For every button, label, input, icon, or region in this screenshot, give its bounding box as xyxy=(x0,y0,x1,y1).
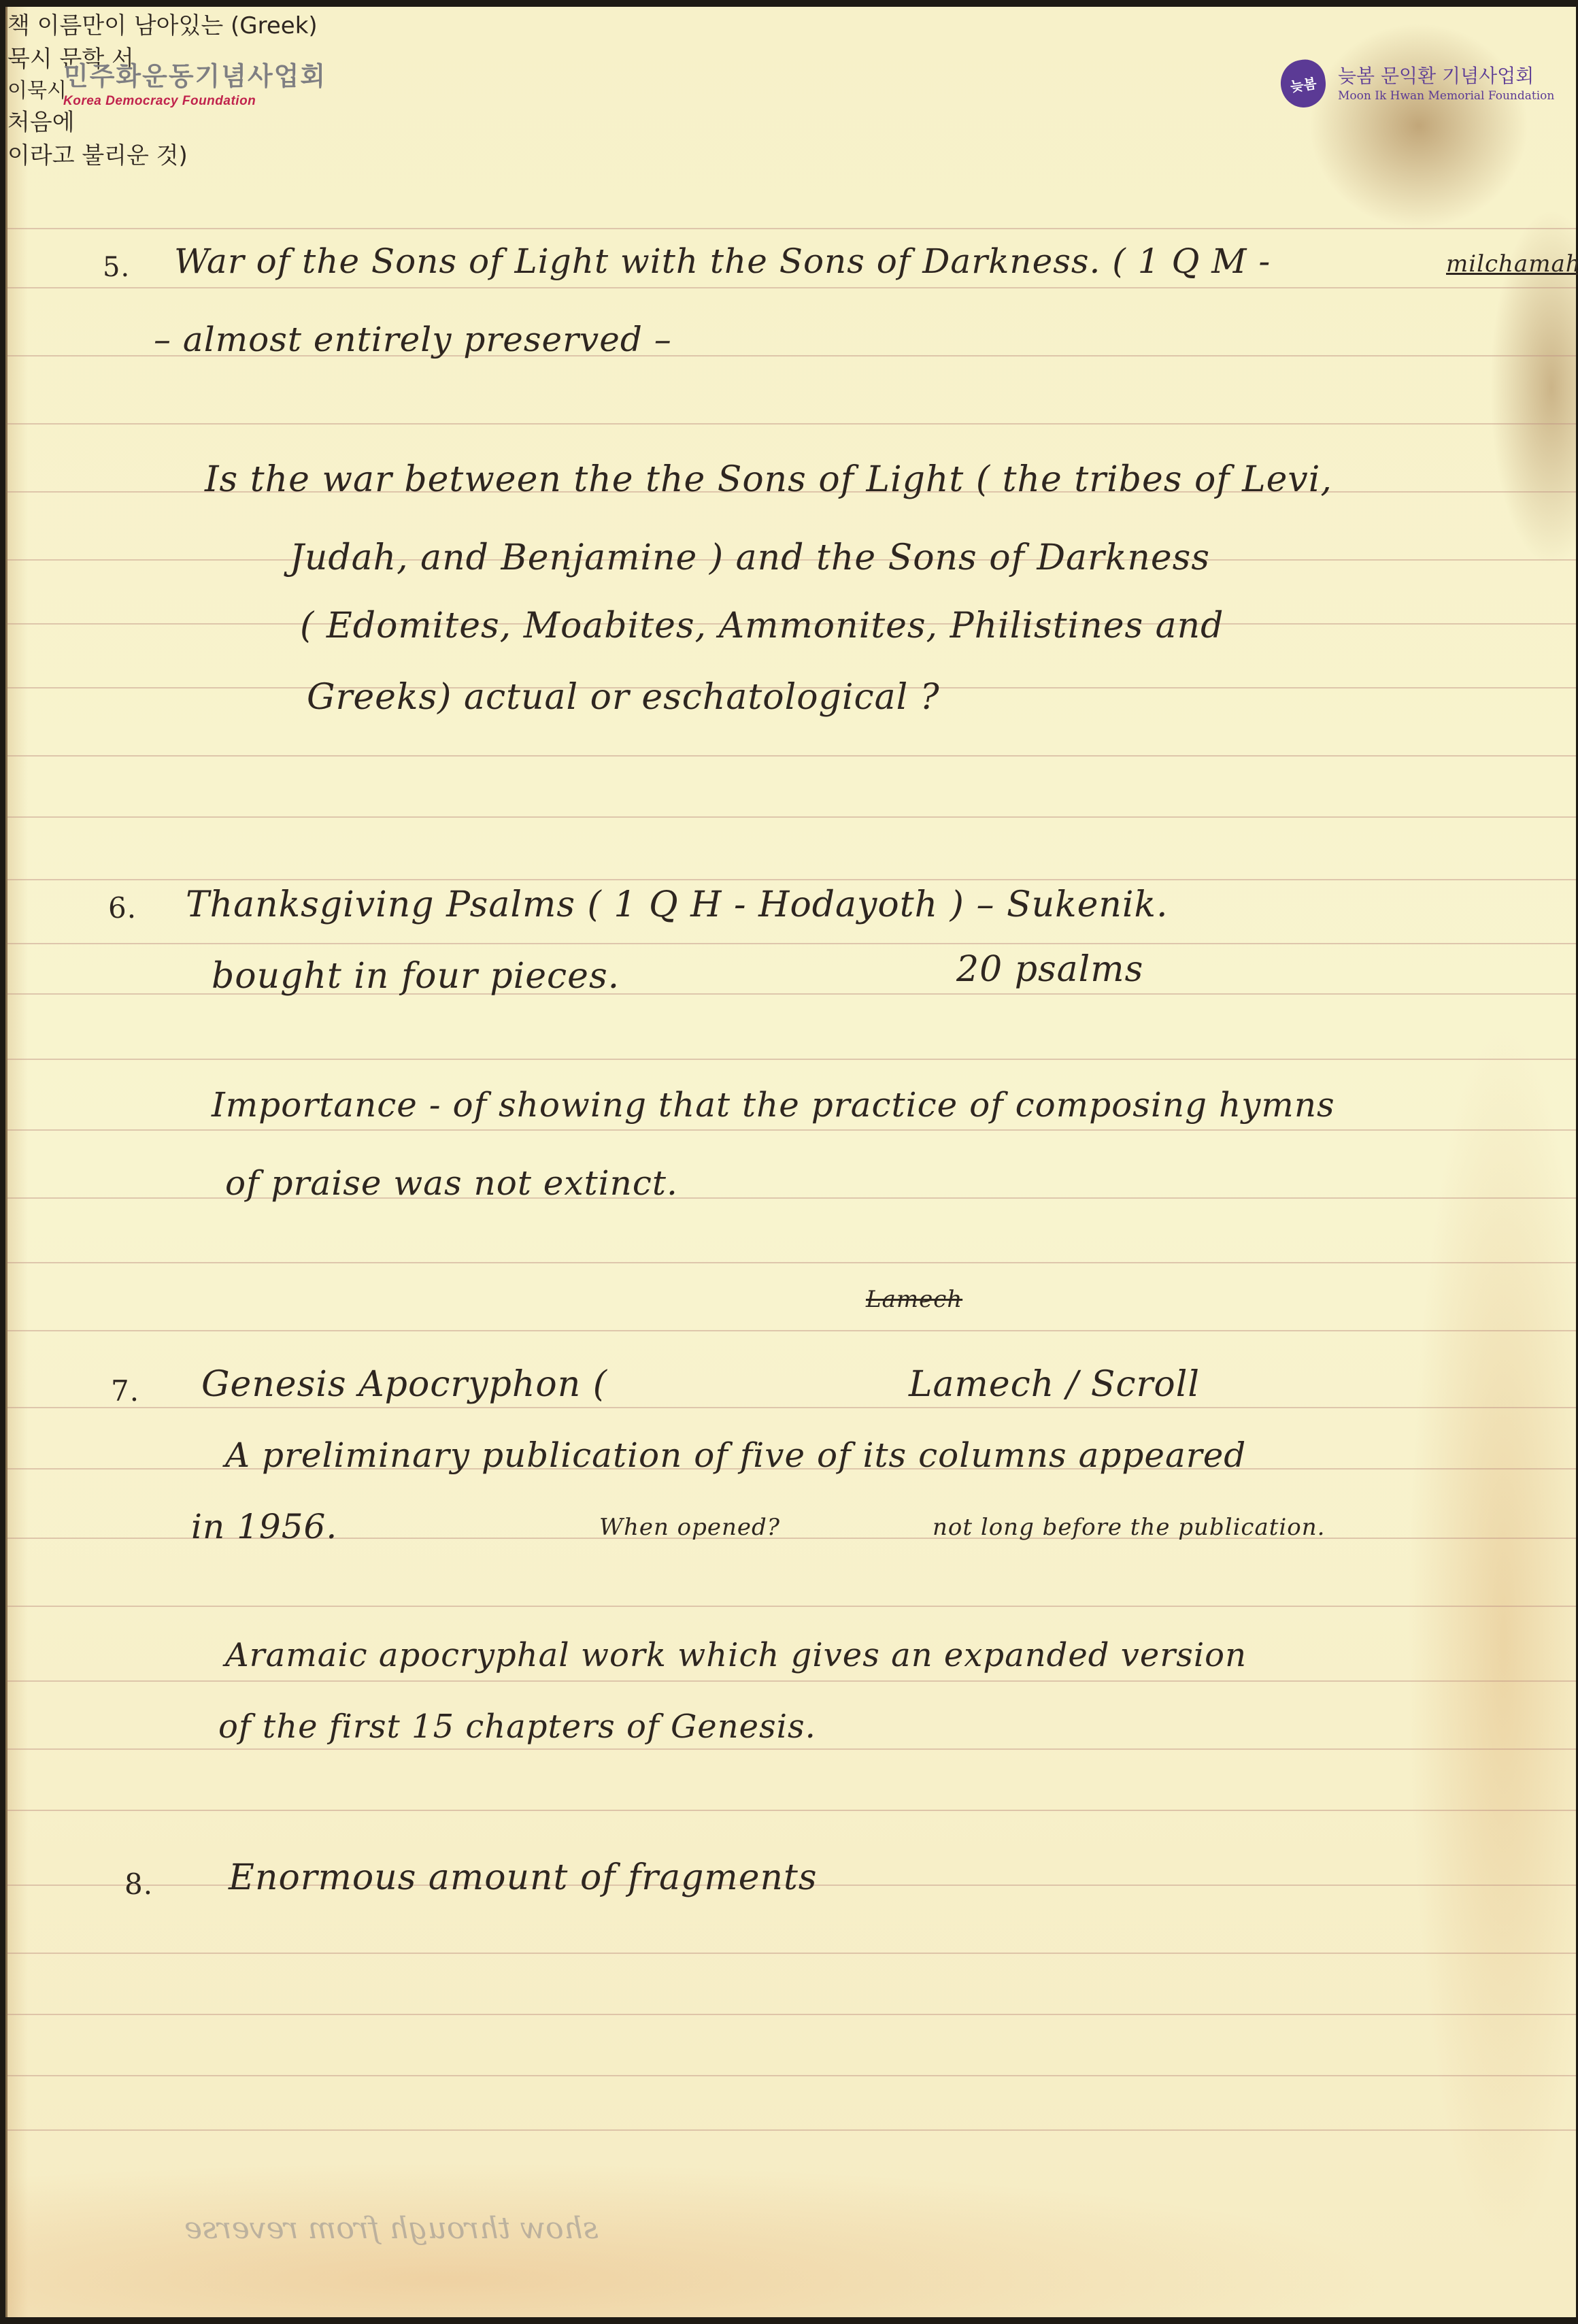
item7-answer: not long before the publication. xyxy=(933,1514,1325,1541)
item6-line2-right: 20 psalms xyxy=(956,949,1143,990)
item7-title-mid: Lamech / Scroll xyxy=(909,1364,1200,1405)
item5-title: War of the Sons of Light with the Sons o… xyxy=(174,242,1271,281)
item5-body-line-1: Is the war between the the Sons of Light… xyxy=(205,459,1332,500)
item7-body2-line-2: of the first 15 chapters of Genesis. xyxy=(218,1708,816,1746)
notebook-page: 민주화운동기념사업회 Korea Democracy Foundation 늦봄… xyxy=(5,7,1576,2317)
logo-right-korean: 늦봄 문익환 기념사업회 xyxy=(1338,65,1554,88)
item5-number: 5. xyxy=(103,252,130,283)
item7-title: Genesis Apocryphon ( xyxy=(201,1364,607,1405)
item6-line2-left: bought in four pieces. xyxy=(212,956,620,997)
item7-body-line-1: A preliminary publication of five of its… xyxy=(225,1435,1246,1475)
item7-question: When opened? xyxy=(599,1514,780,1541)
item6-number: 6. xyxy=(108,891,137,925)
item7-annotation-struck: Lamech xyxy=(866,1286,962,1313)
item5-title-underlined: milchamah) xyxy=(1446,250,1578,278)
item5-body-line-2: Judah, and Benjamine ) and the Sons of D… xyxy=(290,537,1210,578)
moon-ik-hwan-foundation-logo: 늦봄 늦봄 문익환 기념사업회 Moon Ik Hwan Memorial Fo… xyxy=(1281,60,1554,107)
item8-title: Enormous amount of fragments xyxy=(229,1857,818,1898)
neutbom-badge-icon: 늦봄 xyxy=(1277,57,1328,111)
item6-body-line-1: Importance - of showing that the practic… xyxy=(212,1085,1335,1125)
logo-left-korean: 민주화운동기념사업회 xyxy=(63,61,326,91)
item8-number: 8. xyxy=(124,1867,153,1901)
logo-left-english: Korea Democracy Foundation xyxy=(63,94,326,109)
item7-body2-line-1: Aramaic apocryphal work which gives an e… xyxy=(225,1636,1247,1674)
item6-title: Thanksgiving Psalms ( 1 Q H - Hodayoth )… xyxy=(186,884,1169,925)
korea-democracy-foundation-logo: 민주화운동기념사업회 Korea Democracy Foundation xyxy=(63,61,326,109)
logo-right-english: Moon Ik Hwan Memorial Foundation xyxy=(1338,89,1554,103)
item5-subtitle: – almost entirely preserved – xyxy=(154,320,672,359)
item5-body-line-4: Greeks) actual or eschatological ? xyxy=(307,677,940,718)
item5-body-line-3: ( Edomites, Moabites, Ammonites, Philist… xyxy=(300,605,1224,646)
bleed-through-text: show through from reverse xyxy=(184,2211,599,2246)
item7-body-line-2: in 1956. xyxy=(191,1507,337,1546)
item7-number: 7. xyxy=(111,1374,139,1408)
item6-body-line-2: of praise was not extinct. xyxy=(225,1163,678,1203)
